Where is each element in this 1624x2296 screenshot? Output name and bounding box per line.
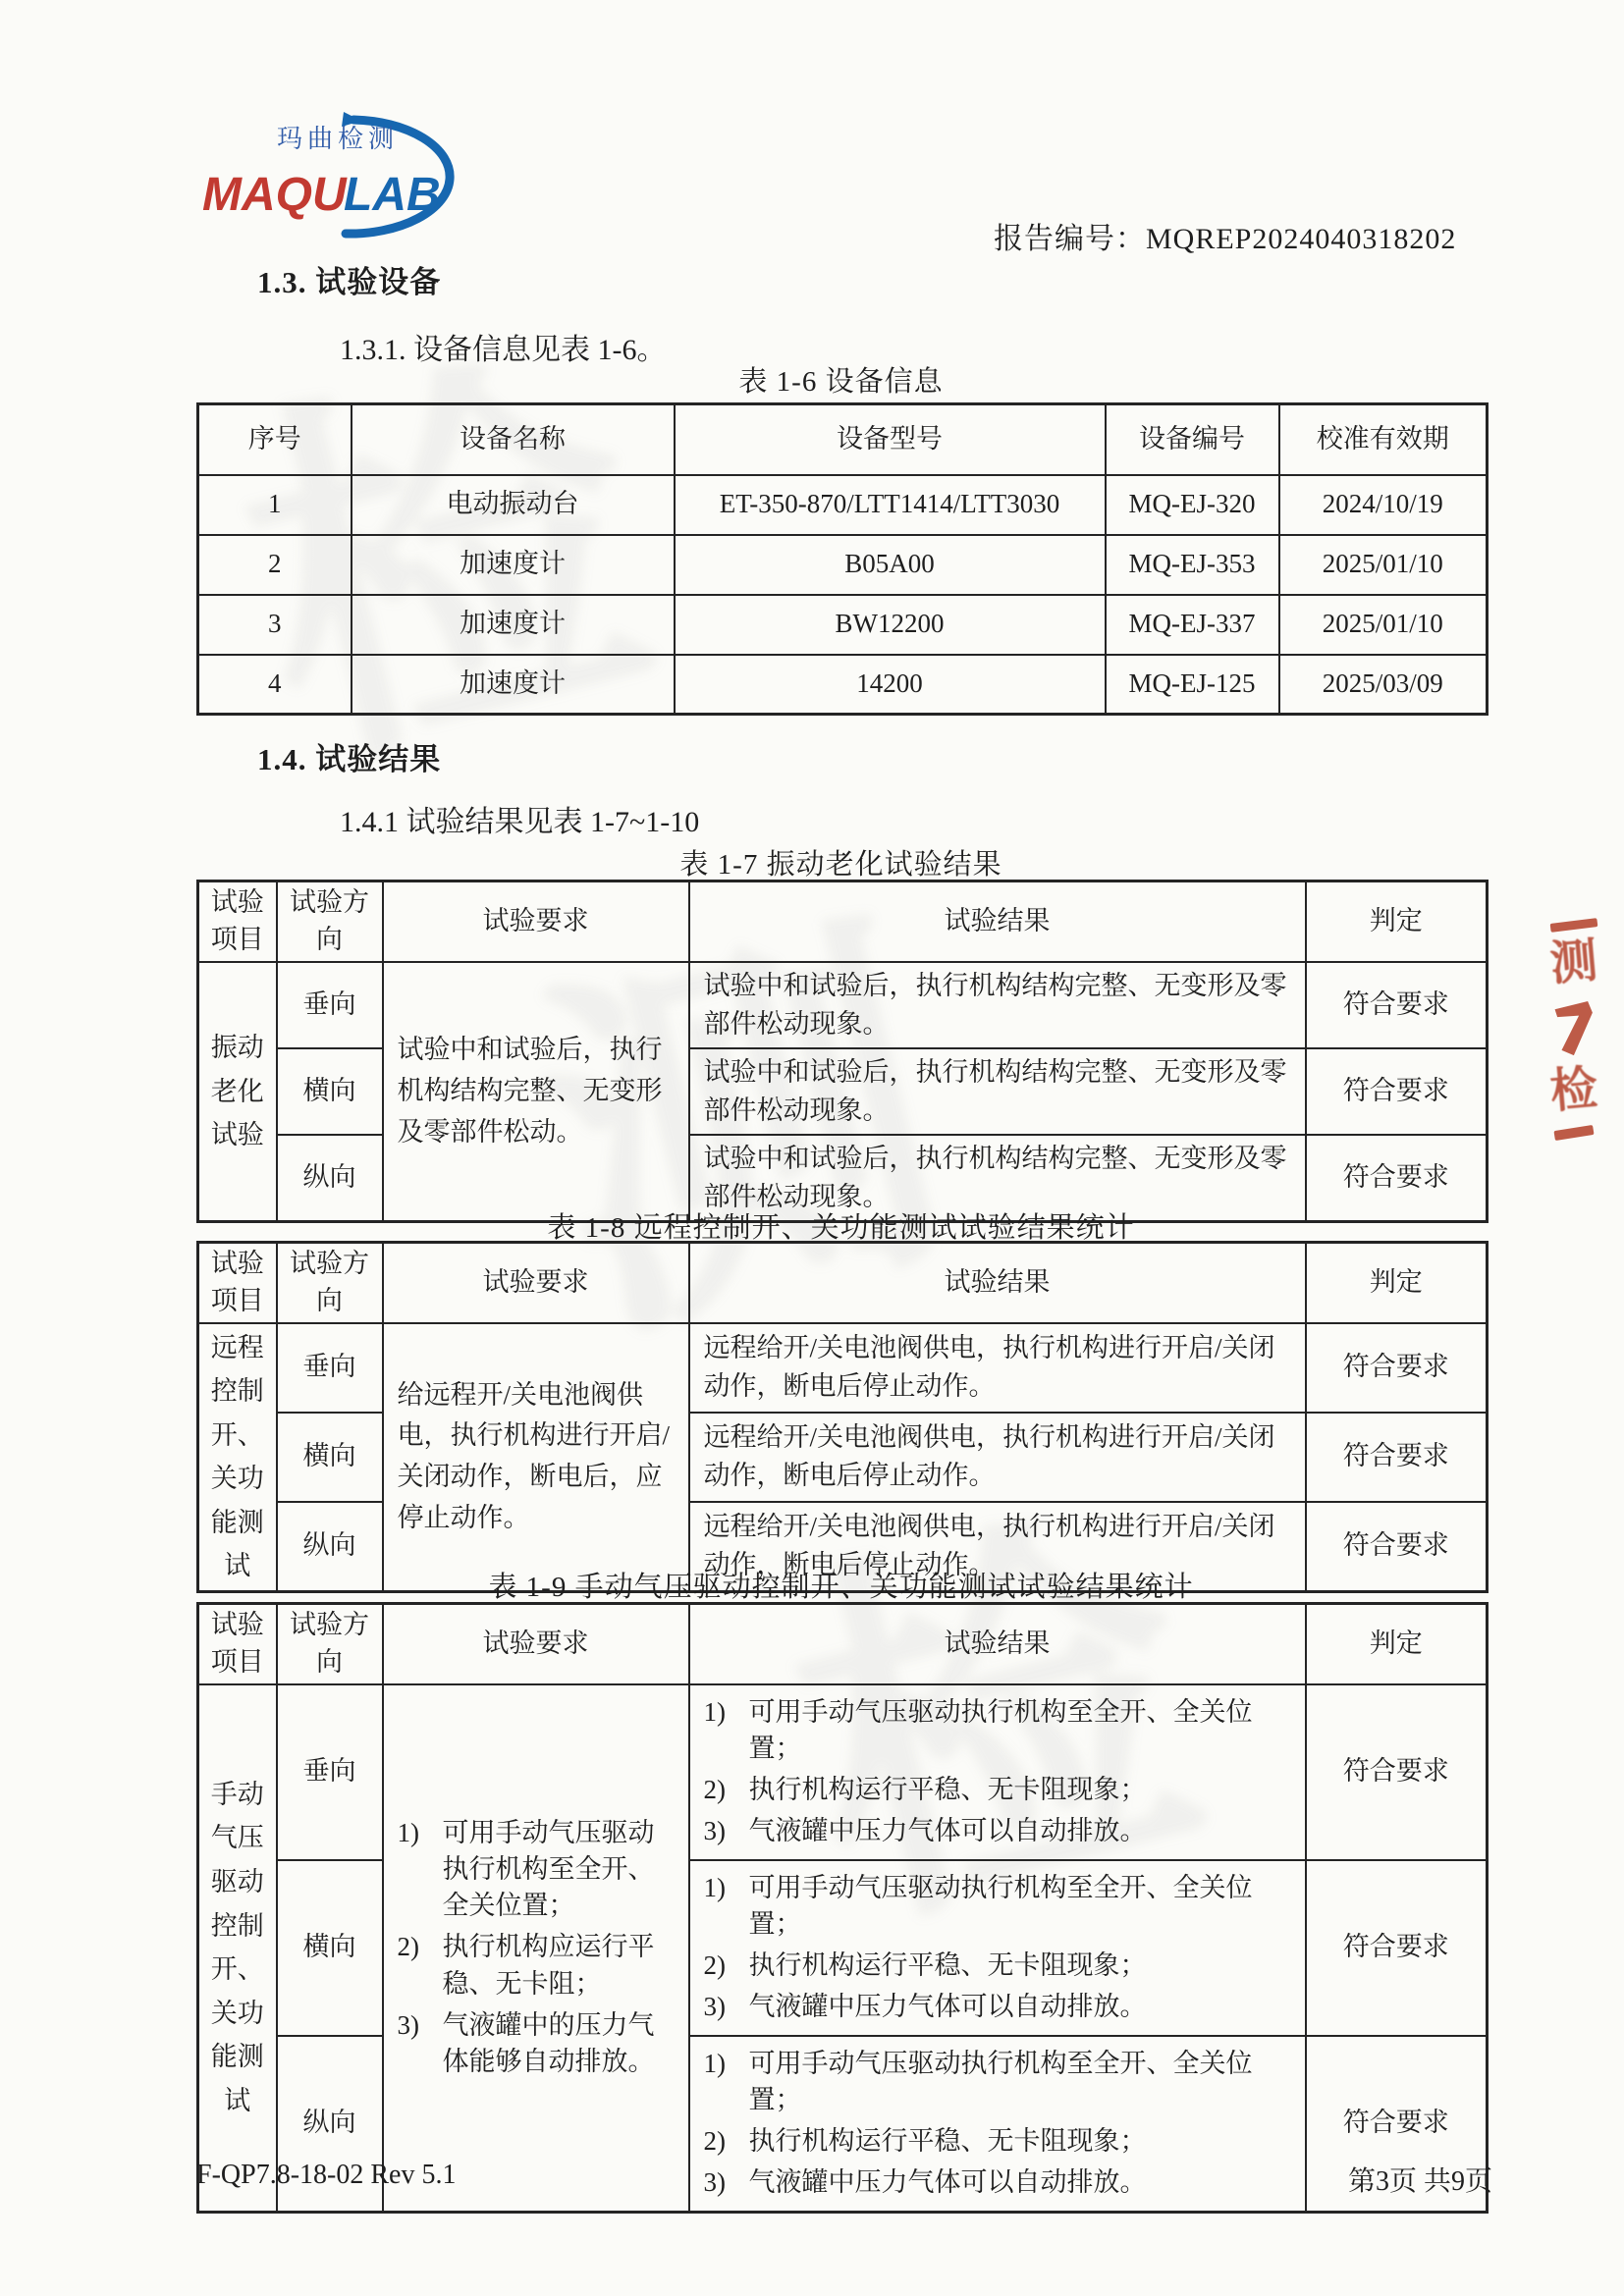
list-item: 2)执行机构运行平稳、无卡阻现象；	[704, 2123, 1291, 2160]
header-cell: 试验方向	[277, 1604, 383, 1684]
vibration-aging-table: 试验项目 试验方向 试验要求 试验结果 判定 振动老化试验 垂向 试验中和试验后…	[196, 880, 1489, 1223]
cell-direction: 垂向	[277, 1684, 383, 1860]
table-row: 远程控制开、关功能测试 垂向 给远程开/关电池阀供电，执行机构进行开启/关闭动作…	[198, 1323, 1488, 1413]
list-item: 3)气液罐中的压力气体能够自动排放。	[398, 2007, 675, 2081]
list-text: 可用手动气压驱动执行机构至全开、全关位置；	[749, 1694, 1291, 1768]
header-cell: 序号	[198, 404, 352, 475]
cell-direction: 横向	[277, 1413, 383, 1502]
table16-caption: 表 1-6 设备信息	[196, 359, 1486, 400]
list-text: 气液罐中压力气体可以自动排放。	[749, 1989, 1291, 2025]
stamp-char-jian: 检	[1548, 1065, 1599, 1116]
list-text: 执行机构运行平稳、无卡阻现象；	[749, 1772, 1291, 1808]
list-text: 气液罐中压力气体可以自动排放。	[749, 1813, 1291, 1849]
table17-caption: 表 1-7 振动老化试验结果	[196, 842, 1486, 882]
cell-model: B05A00	[675, 535, 1106, 595]
header-cell: 设备型号	[675, 404, 1106, 475]
page-footer: F-QP7.8-18-02 Rev 5.1 第3页 共9页	[196, 2160, 1492, 2199]
list-item: 1)可用手动气压驱动执行机构至全开、全关位置；	[398, 1815, 675, 1925]
cell-device-no: MQ-EJ-125	[1106, 655, 1279, 715]
logo-word-maqu: MAQU	[202, 169, 348, 221]
header-cell: 设备名称	[352, 404, 675, 475]
cell-verdict: 符合要求	[1306, 1323, 1488, 1413]
logo-word-lab: LAB	[344, 169, 441, 221]
list-text: 执行机构运行平稳、无卡阻现象；	[749, 1948, 1291, 1984]
cell-direction: 横向	[277, 1860, 383, 2036]
table-row: 3 加速度计 BW12200 MQ-EJ-337 2025/01/10	[198, 595, 1488, 655]
cell-result: 远程给开/关电池阀供电，执行机构进行开启/关闭动作，断电后停止动作。	[689, 1323, 1306, 1413]
cell-direction: 垂向	[277, 1323, 383, 1413]
cell-calib-date: 2025/01/10	[1279, 595, 1488, 655]
header-cell: 试验方向	[277, 1243, 383, 1323]
cell-verdict: 符合要求	[1306, 1048, 1488, 1135]
cell-seq: 2	[198, 535, 352, 595]
list-item: 1)可用手动气压驱动执行机构至全开、全关位置；	[704, 1694, 1291, 1768]
list-item: 1)可用手动气压驱动执行机构至全开、全关位置；	[704, 1870, 1291, 1944]
list-item: 2)执行机构运行平稳、无卡阻现象；	[704, 1772, 1291, 1808]
cell-verdict: 符合要求	[1306, 962, 1488, 1048]
list-number: 3)	[398, 2007, 443, 2044]
stamp-char-ce: 测	[1548, 937, 1599, 988]
list-number: 2)	[398, 1929, 443, 1965]
header-cell: 判定	[1306, 1604, 1488, 1684]
cell-direction: 横向	[277, 1048, 383, 1135]
logo-cn-text: 玛曲检测	[277, 124, 399, 153]
red-seal-stamp: 测 检	[1538, 921, 1610, 1138]
table19-caption: 表 1-9 手动气压驱动控制开、关功能测试试验结果统计	[196, 1565, 1486, 1605]
header-cell: 试验要求	[383, 881, 689, 962]
list-text: 执行机构运行平稳、无卡阻现象；	[749, 2123, 1291, 2160]
list-number: 2)	[704, 1772, 749, 1808]
cell-requirement: 试验中和试验后，执行机构结构完整、无变形及零部件松动。	[383, 962, 689, 1222]
cell-device-name: 加速度计	[352, 535, 675, 595]
list-text: 可用手动气压驱动执行机构至全开、全关位置；	[749, 2046, 1291, 2119]
table-row: 2 加速度计 B05A00 MQ-EJ-353 2025/01/10	[198, 535, 1488, 595]
cell-verdict: 符合要求	[1306, 1860, 1488, 2036]
list-number: 1)	[704, 2046, 749, 2082]
list-text: 可用手动气压驱动执行机构至全开、全关位置；	[443, 1815, 675, 1925]
cell-calib-date: 2025/03/09	[1279, 655, 1488, 715]
list-text: 执行机构应运行平稳、无卡阻；	[443, 1929, 675, 2002]
list-item: 2)执行机构运行平稳、无卡阻现象；	[704, 1948, 1291, 1984]
cell-requirement: 1)可用手动气压驱动执行机构至全开、全关位置； 2)执行机构应运行平稳、无卡阻；…	[383, 1684, 689, 2213]
header-cell: 试验要求	[383, 1604, 689, 1684]
header-cell: 设备编号	[1106, 404, 1279, 475]
table-row: 振动老化试验 垂向 试验中和试验后，执行机构结构完整、无变形及零部件松动。 试验…	[198, 962, 1488, 1048]
cell-test-item: 远程控制开、关功能测试	[198, 1323, 277, 1592]
manual-pneumatic-table: 试验项目 试验方向 试验要求 试验结果 判定 手动气压驱动控制开、关功能测试 垂…	[196, 1602, 1489, 2214]
list-number: 1)	[704, 1870, 749, 1906]
equipment-table: 序号 设备名称 设备型号 设备编号 校准有效期 1 电动振动台 ET-350-8…	[196, 402, 1489, 716]
list-number: 3)	[704, 1989, 749, 2025]
header-cell: 试验项目	[198, 881, 277, 962]
cell-result: 1)可用手动气压驱动执行机构至全开、全关位置； 2)执行机构运行平稳、无卡阻现象…	[689, 1684, 1306, 1860]
footer-doc-number: F-QP7.8-18-02 Rev 5.1	[196, 2160, 456, 2199]
stamp-stroke	[1553, 1125, 1594, 1141]
header-cell: 试验要求	[383, 1243, 689, 1323]
result-list: 1)可用手动气压驱动执行机构至全开、全关位置； 2)执行机构运行平稳、无卡阻现象…	[704, 1694, 1291, 1850]
maqulab-logo: 玛曲检测 MAQU LAB	[189, 108, 513, 250]
report-page: 检 测 检 玛曲检测 MAQU LAB 报告编号：MQREP2024040318…	[0, 0, 1624, 2296]
remote-control-table: 试验项目 试验方向 试验要求 试验结果 判定 远程控制开、关功能测试 垂向 给远…	[196, 1241, 1489, 1593]
header-cell: 试验结果	[689, 1243, 1306, 1323]
cell-result: 试验中和试验后，执行机构结构完整、无变形及零部件松动现象。	[689, 1048, 1306, 1135]
cell-device-name: 电动振动台	[352, 475, 675, 535]
cell-seq: 4	[198, 655, 352, 715]
list-text: 可用手动气压驱动执行机构至全开、全关位置；	[749, 1870, 1291, 1944]
table-header-row: 试验项目 试验方向 试验要求 试验结果 判定	[198, 1604, 1488, 1684]
cell-device-no: MQ-EJ-337	[1106, 595, 1279, 655]
result-list: 1)可用手动气压驱动执行机构至全开、全关位置； 2)执行机构运行平稳、无卡阻现象…	[704, 1870, 1291, 2026]
list-item: 3)气液罐中压力气体可以自动排放。	[704, 1989, 1291, 2025]
cell-device-no: MQ-EJ-320	[1106, 475, 1279, 535]
cell-direction: 垂向	[277, 962, 383, 1048]
cell-model: 14200	[675, 655, 1106, 715]
table-row: 手动气压驱动控制开、关功能测试 垂向 1)可用手动气压驱动执行机构至全开、全关位…	[198, 1684, 1488, 1860]
table18-caption: 表 1-8 远程控制开、关功能测试试验结果统计	[196, 1205, 1486, 1246]
cell-result: 1)可用手动气压驱动执行机构至全开、全关位置； 2)执行机构运行平稳、无卡阻现象…	[689, 1860, 1306, 2036]
stamp-hook-stroke	[1550, 999, 1597, 1059]
cell-result: 远程给开/关电池阀供电，执行机构进行开启/关闭动作，断电后停止动作。	[689, 1413, 1306, 1502]
cell-device-no: MQ-EJ-353	[1106, 535, 1279, 595]
cell-requirement: 给远程开/关电池阀供电，执行机构进行开启/关闭动作，断电后，应停止动作。	[383, 1323, 689, 1592]
paragraph-1-4-1: 1.4.1 试验结果见表 1-7~1-10	[340, 797, 699, 840]
cell-device-name: 加速度计	[352, 655, 675, 715]
footer-page-number: 第3页 共9页	[1348, 2160, 1492, 2199]
header-cell: 试验方向	[277, 881, 383, 962]
list-number: 3)	[704, 1813, 749, 1849]
cell-verdict: 符合要求	[1306, 1684, 1488, 1860]
table-row: 1 电动振动台 ET-350-870/LTT1414/LTT3030 MQ-EJ…	[198, 475, 1488, 535]
table-header-row: 试验项目 试验方向 试验要求 试验结果 判定	[198, 881, 1488, 962]
section-heading-1-4: 1.4. 试验结果	[257, 734, 441, 778]
header-cell: 试验项目	[198, 1243, 277, 1323]
header-cell: 判定	[1306, 881, 1488, 962]
cell-device-name: 加速度计	[352, 595, 675, 655]
cell-seq: 1	[198, 475, 352, 535]
cell-model: BW12200	[675, 595, 1106, 655]
table-header-row: 试验项目 试验方向 试验要求 试验结果 判定	[198, 1243, 1488, 1323]
logo-swoosh-icon: 玛曲检测 MAQU LAB	[189, 108, 513, 250]
list-item: 1)可用手动气压驱动执行机构至全开、全关位置；	[704, 2046, 1291, 2119]
list-text: 气液罐中的压力气体能够自动排放。	[443, 2007, 675, 2081]
header-cell: 试验结果	[689, 1604, 1306, 1684]
cell-test-item: 手动气压驱动控制开、关功能测试	[198, 1684, 277, 2213]
table-header-row: 序号 设备名称 设备型号 设备编号 校准有效期	[198, 404, 1488, 475]
cell-verdict: 符合要求	[1306, 1413, 1488, 1502]
list-item: 2)执行机构应运行平稳、无卡阻；	[398, 1929, 675, 2002]
list-number: 2)	[704, 2123, 749, 2160]
requirement-list: 1)可用手动气压驱动执行机构至全开、全关位置； 2)执行机构应运行平稳、无卡阻；…	[398, 1815, 675, 2081]
report-number: 报告编号：MQREP2024040318202	[994, 214, 1456, 257]
list-number: 1)	[398, 1815, 443, 1851]
cell-result: 试验中和试验后，执行机构结构完整、无变形及零部件松动现象。	[689, 962, 1306, 1048]
cell-model: ET-350-870/LTT1414/LTT3030	[675, 475, 1106, 535]
header-cell: 试验结果	[689, 881, 1306, 962]
list-number: 2)	[704, 1948, 749, 1984]
section-heading-1-3: 1.3. 试验设备	[257, 257, 441, 301]
cell-calib-date: 2025/01/10	[1279, 535, 1488, 595]
cell-seq: 3	[198, 595, 352, 655]
cell-test-item: 振动老化试验	[198, 962, 277, 1222]
header-cell: 校准有效期	[1279, 404, 1488, 475]
list-item: 3)气液罐中压力气体可以自动排放。	[704, 1813, 1291, 1849]
cell-calib-date: 2024/10/19	[1279, 475, 1488, 535]
stamp-stroke	[1550, 918, 1598, 933]
list-number: 1)	[704, 1694, 749, 1731]
header-cell: 判定	[1306, 1243, 1488, 1323]
header-cell: 试验项目	[198, 1604, 277, 1684]
table-row: 4 加速度计 14200 MQ-EJ-125 2025/03/09	[198, 655, 1488, 715]
